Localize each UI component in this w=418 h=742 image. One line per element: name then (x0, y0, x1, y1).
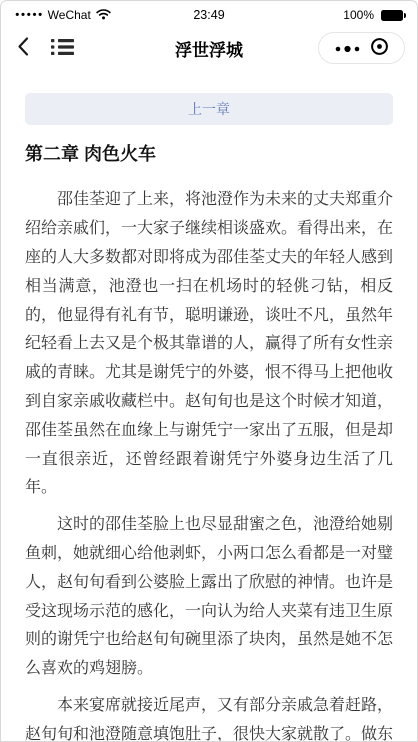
battery-percent-label: 100% (343, 8, 374, 22)
table-of-contents-button[interactable] (51, 38, 74, 59)
wifi-icon (96, 8, 111, 23)
status-left: ●●●●● WeChat (15, 8, 111, 23)
back-button[interactable] (17, 36, 29, 60)
nav-left-controls (17, 36, 74, 60)
more-options-button[interactable] (334, 41, 361, 56)
list-icon (51, 38, 74, 59)
mini-program-capsule (318, 32, 405, 64)
status-right: 100% (343, 8, 403, 22)
signal-strength-icon: ●●●●● (15, 11, 44, 19)
chapter-title: 第二章 肉色火车 (25, 143, 393, 166)
mini-program-screen: ●●●●● WeChat 23:49 100% (0, 0, 418, 742)
chevron-left-icon (17, 36, 29, 60)
chapter-body: 邵佳荃迎了上来，将池澄作为未来的丈夫郑重介绍给亲戚们，一大家子继续相谈盛欢。看得… (25, 186, 393, 742)
carrier-label: WeChat (48, 8, 91, 22)
circled-dot-icon (370, 37, 389, 59)
exit-mini-program-button[interactable] (370, 37, 389, 59)
previous-chapter-button[interactable]: 上一章 (25, 93, 393, 125)
nav-bar: 浮世浮城 (1, 25, 417, 71)
three-dots-icon (334, 41, 361, 56)
battery-icon (381, 10, 403, 21)
status-bar: ●●●●● WeChat 23:49 100% (1, 1, 417, 25)
paragraph: 这时的邵佳荃脸上也尽显甜蜜之色，池澄给她剔鱼刺，她就细心给他剥虾，小两口怎么看都… (25, 511, 393, 684)
reader-content: 上一章 第二章 肉色火车 邵佳荃迎了上来，将池澄作为未来的丈夫郑重介绍给亲戚们，… (1, 93, 417, 742)
paragraph: 邵佳荃迎了上来，将池澄作为未来的丈夫郑重介绍给亲戚们，一大家子继续相谈盛欢。看得… (25, 186, 393, 503)
paragraph: 本来宴席就接近尾声，又有部分亲戚急着赶路，赵旬旬和池澄随意填饱肚子，很快大家就散… (25, 692, 393, 742)
